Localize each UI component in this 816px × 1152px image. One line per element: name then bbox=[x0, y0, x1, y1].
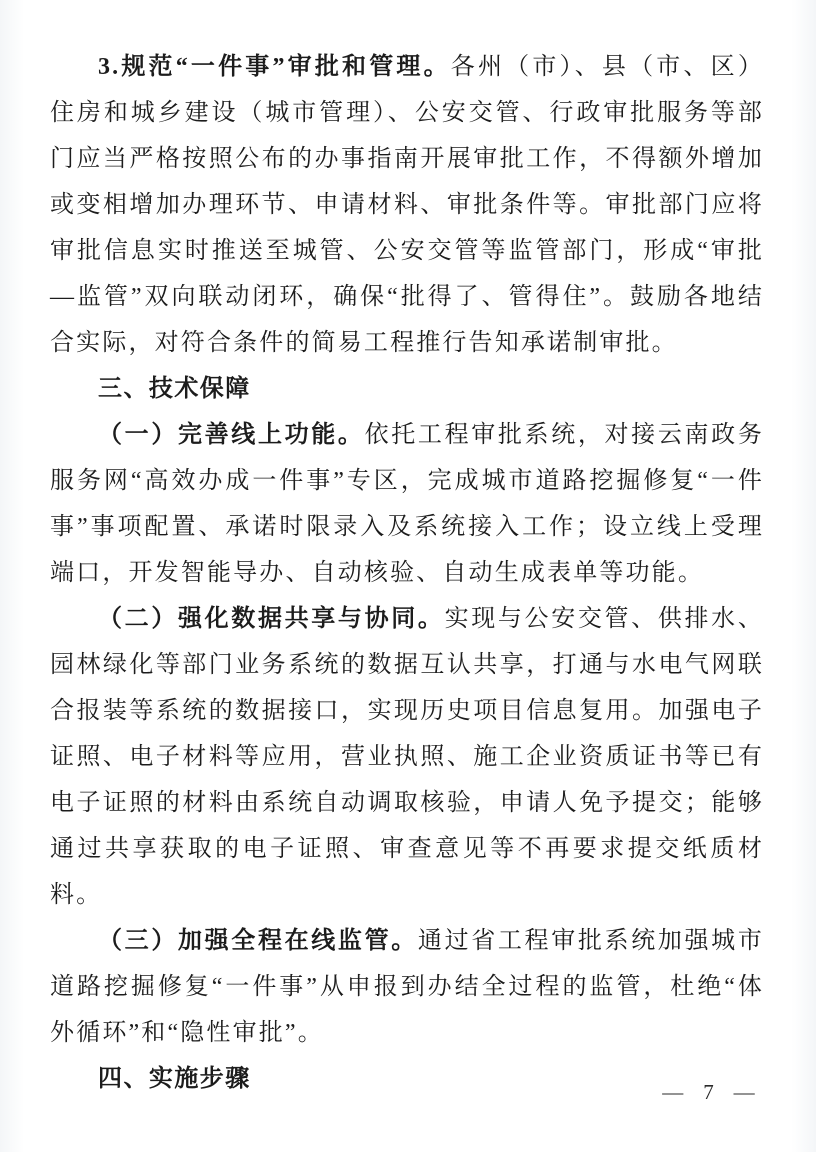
page-number: — 7 — bbox=[662, 1080, 762, 1105]
item-2-body: 实现与公安交管、供排水、园林绿化等部门业务系统的数据互认共享，打通与水电气网联合… bbox=[50, 606, 764, 908]
heading-section-3-technical-support: 三、技术保障 bbox=[50, 366, 764, 412]
item-1-lead: （一）完善线上功能。 bbox=[98, 422, 365, 448]
item-2-lead: （二）强化数据共享与协同。 bbox=[98, 606, 445, 632]
heading-section-4-implementation-steps: 四、实施步骤 bbox=[50, 1056, 764, 1102]
paragraph-item-1-online-functions: （一）完善线上功能。依托工程审批系统，对接云南政务服务网“高效办成一件事”专区，… bbox=[50, 412, 764, 596]
paragraph-regulate-lead: 3.规范“一件事”审批和管理。 bbox=[98, 54, 451, 80]
item-3-lead: （三）加强全程在线监管。 bbox=[98, 928, 418, 954]
document-text-block: 3.规范“一件事”审批和管理。各州（市）、县（市、区）住房和城乡建设（城市管理）… bbox=[50, 44, 764, 1102]
document-page: 3.规范“一件事”审批和管理。各州（市）、县（市、区）住房和城乡建设（城市管理）… bbox=[0, 0, 816, 1152]
paragraph-regulate-body: 各州（市）、县（市、区）住房和城乡建设（城市管理）、公安交管、行政审批服务等部门… bbox=[50, 54, 764, 356]
paragraph-regulate-approval: 3.规范“一件事”审批和管理。各州（市）、县（市、区）住房和城乡建设（城市管理）… bbox=[50, 44, 764, 366]
paragraph-item-2-data-sharing: （二）强化数据共享与协同。实现与公安交管、供排水、园林绿化等部门业务系统的数据互… bbox=[50, 596, 764, 918]
paragraph-item-3-online-supervision: （三）加强全程在线监管。通过省工程审批系统加强城市道路挖掘修复“一件事”从申报到… bbox=[50, 918, 764, 1056]
